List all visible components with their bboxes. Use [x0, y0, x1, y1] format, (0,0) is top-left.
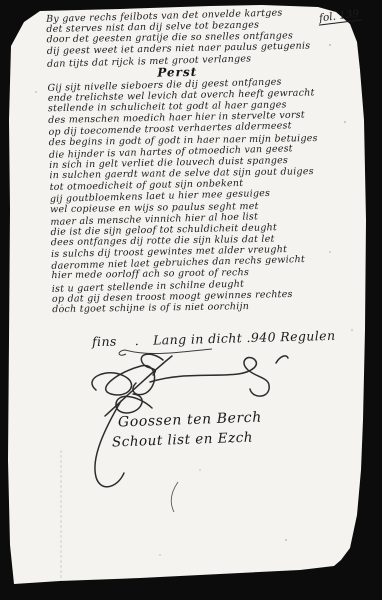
scanned-document-page: fol. 139 By gave rechs feilbots van det … [0, 0, 382, 600]
colophon-fins: fins [92, 334, 117, 350]
manuscript-text: By gave rechs feilbots van det onvelde k… [46, 7, 342, 316]
colophon-dot: . [135, 333, 140, 348]
